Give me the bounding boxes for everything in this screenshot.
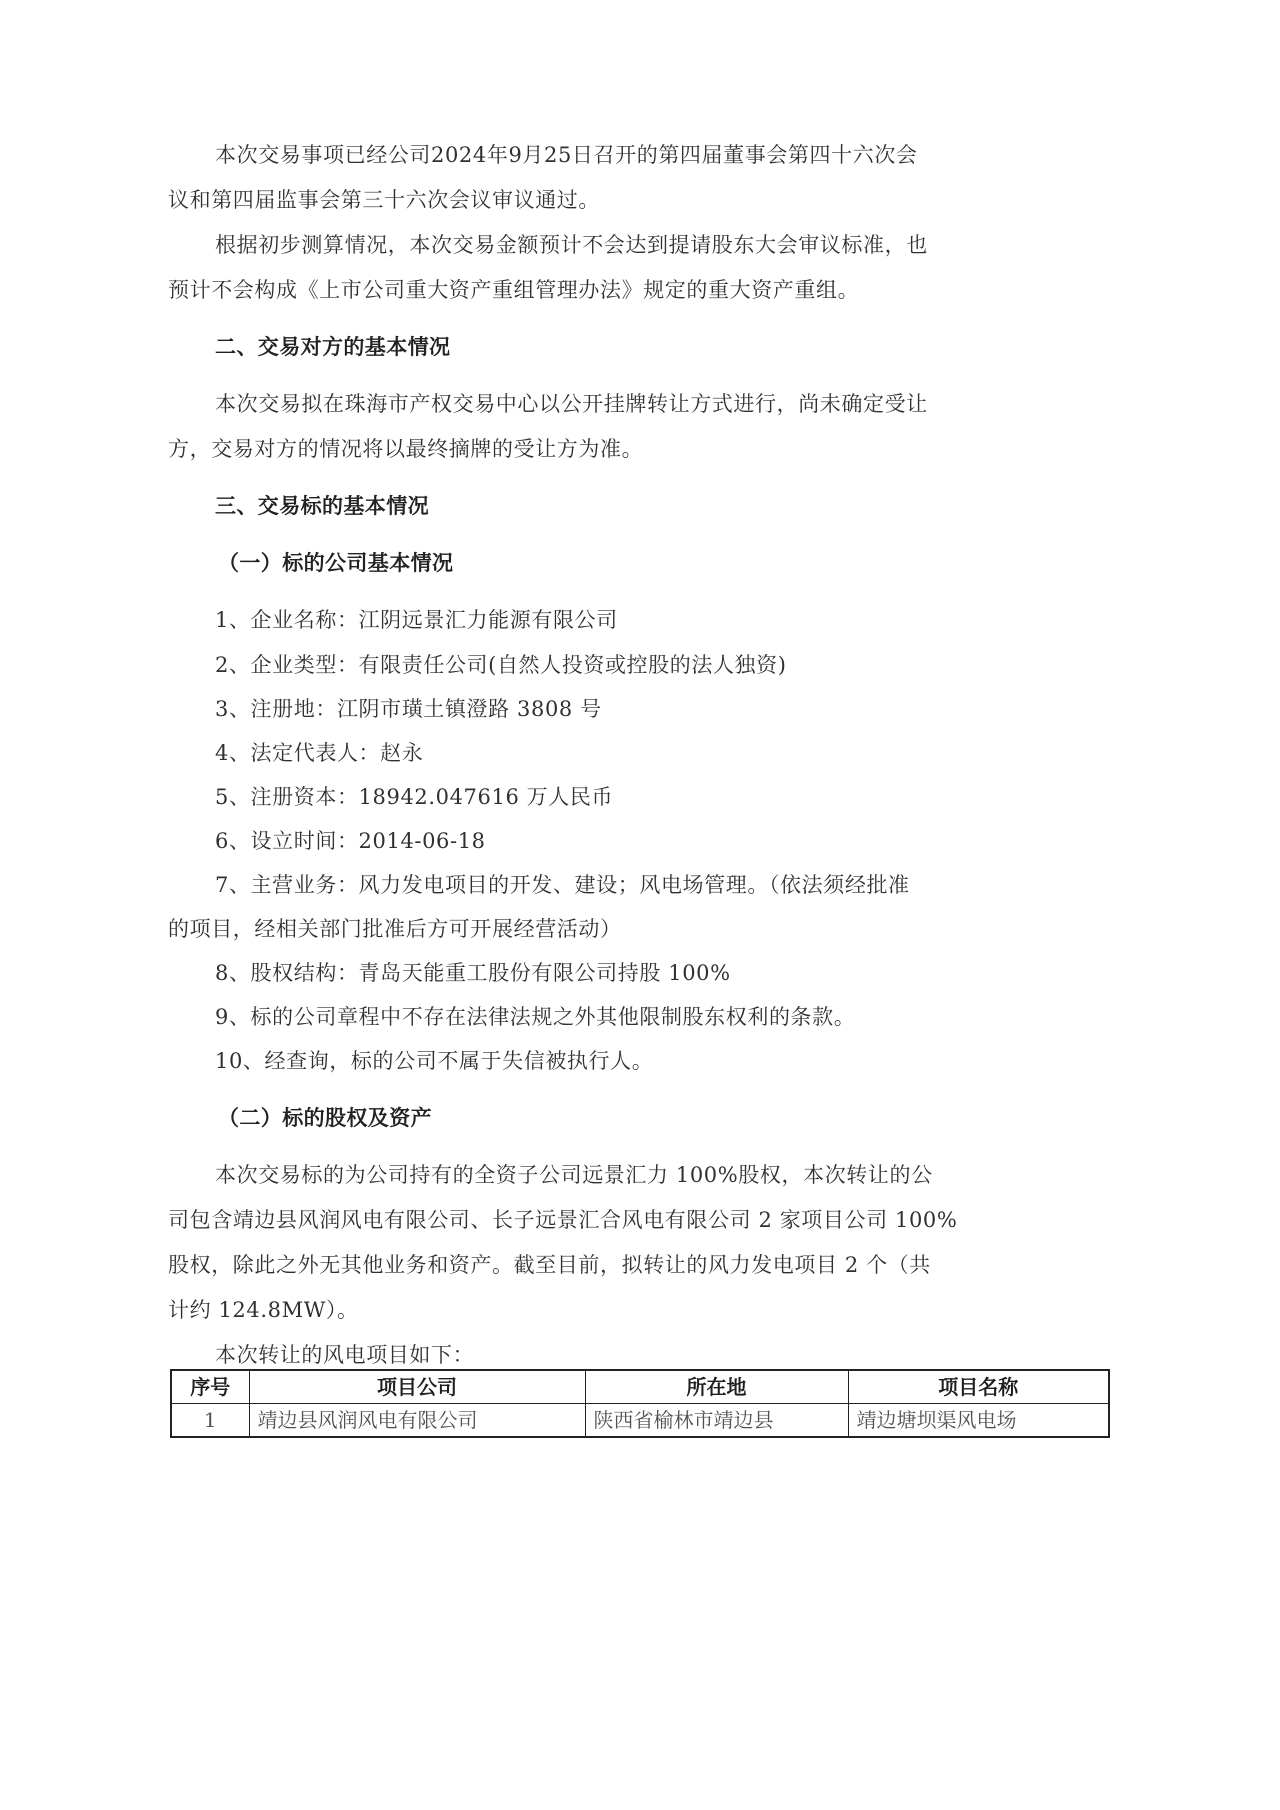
paragraph-line: 根据初步测算情况，本次交易金额预计不会达到提请股东大会审议标准，也 — [215, 230, 928, 260]
table-intro: 本次转让的风电项目如下： — [215, 1340, 474, 1370]
paragraph-line: 方，交易对方的情况将以最终摘牌的受让方为准。 — [168, 434, 643, 464]
cell-project-name: 靖边塘坝渠风电场 — [848, 1404, 1109, 1438]
list-item: 3、注册地：江阴市璜土镇澄路 3808 号 — [215, 694, 602, 724]
table-header-row: 序号 项目公司 所在地 项目名称 — [171, 1370, 1109, 1404]
list-item: 2、企业类型：有限责任公司(自然人投资或控股的法人独资) — [215, 650, 787, 680]
paragraph-line: 本次交易标的为公司持有的全资子公司远景汇力 100%股权，本次转让的公 — [215, 1160, 933, 1190]
subsection-heading: （一）标的公司基本情况 — [218, 548, 453, 578]
section-heading: 二、交易对方的基本情况 — [215, 332, 450, 362]
paragraph-line: 股权，除此之外无其他业务和资产。截至目前，拟转让的风力发电项目 2 个（共 — [168, 1250, 931, 1280]
paragraph-line: 预计不会构成《上市公司重大资产重组管理办法》规定的重大资产重组。 — [168, 275, 859, 305]
table-row: 1 靖边县风润风电有限公司 陕西省榆林市靖边县 靖边塘坝渠风电场 — [171, 1404, 1109, 1438]
list-item-continuation: 的项目，经相关部门批准后方可开展经营活动） — [168, 914, 622, 944]
list-item: 9、标的公司章程中不存在法律法规之外其他限制股东权利的条款。 — [215, 1002, 855, 1032]
section-heading: 三、交易标的基本情况 — [215, 491, 429, 521]
cell-location: 陕西省榆林市靖边县 — [585, 1404, 848, 1438]
list-item: 6、设立时间：2014-06-18 — [215, 826, 486, 856]
document-page: 本次交易事项已经公司2024年9月25日召开的第四届董事会第四十六次会 议和第四… — [0, 0, 1280, 1810]
header-location: 所在地 — [585, 1370, 848, 1404]
header-seq: 序号 — [171, 1370, 249, 1404]
paragraph-line: 司包含靖边县风润风电有限公司、长子远景汇合风电有限公司 2 家项目公司 100% — [168, 1205, 957, 1235]
cell-seq: 1 — [171, 1404, 249, 1438]
paragraph-line: 议和第四届监事会第三十六次会议审议通过。 — [168, 185, 600, 215]
header-project-company: 项目公司 — [249, 1370, 585, 1404]
list-item: 7、主营业务：风力发电项目的开发、建设；风电场管理。（依法须经批准 — [215, 870, 910, 900]
header-project-name: 项目名称 — [848, 1370, 1109, 1404]
list-item: 8、股权结构：青岛天能重工股份有限公司持股 100% — [215, 958, 731, 988]
subsection-heading: （二）标的股权及资产 — [218, 1103, 432, 1133]
list-item: 5、注册资本：18942.047616 万人民币 — [215, 782, 613, 812]
wind-projects-table: 序号 项目公司 所在地 项目名称 1 靖边县风润风电有限公司 陕西省榆林市靖边县… — [170, 1369, 1110, 1438]
list-item: 4、法定代表人：赵永 — [215, 738, 423, 768]
paragraph-line: 本次交易拟在珠海市产权交易中心以公开挂牌转让方式进行，尚未确定受让 — [215, 389, 928, 419]
list-item: 10、经查询，标的公司不属于失信被执行人。 — [215, 1046, 653, 1076]
list-item: 1、企业名称：江阴远景汇力能源有限公司 — [215, 605, 618, 635]
cell-project-company: 靖边县风润风电有限公司 — [249, 1404, 585, 1438]
paragraph-line: 本次交易事项已经公司2024年9月25日召开的第四届董事会第四十六次会 — [215, 140, 918, 170]
paragraph-line: 计约 124.8MW）。 — [168, 1295, 359, 1325]
